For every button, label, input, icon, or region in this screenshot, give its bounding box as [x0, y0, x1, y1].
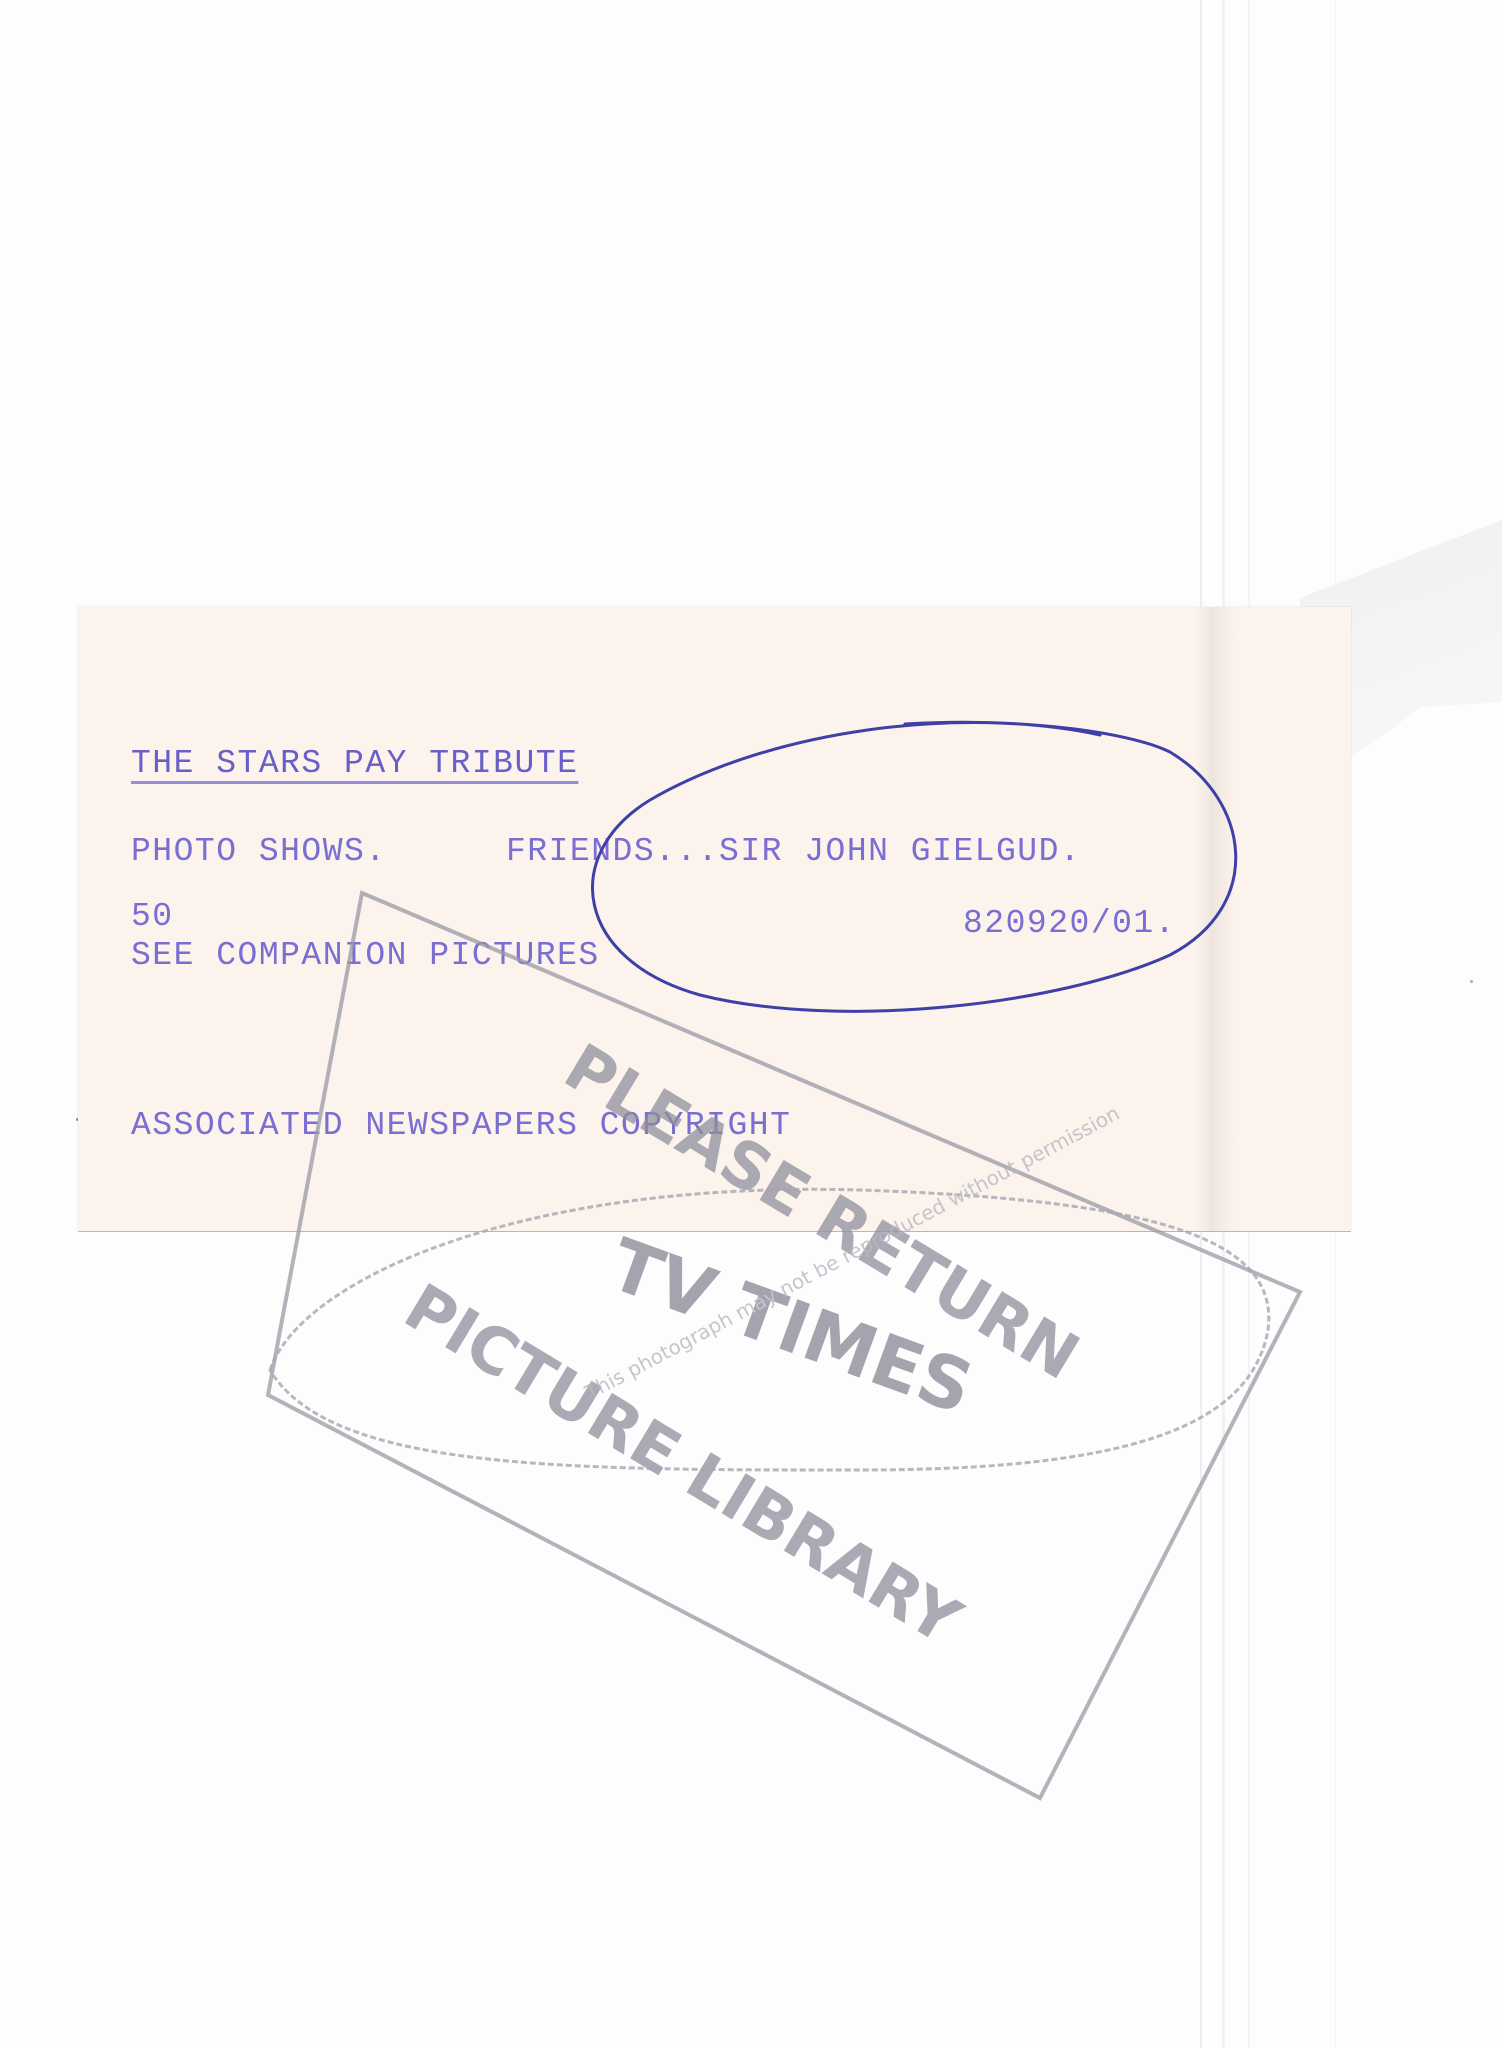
photo-subject: FRIENDS...SIR JOHN GIELGUD.: [506, 835, 1081, 868]
ink-speck: [1470, 980, 1473, 983]
label-fold: [1196, 607, 1236, 1231]
caption-title: THE STARS PAY TRIBUTE: [131, 747, 578, 780]
photo-shows-label: PHOTO SHOWS.: [131, 835, 387, 868]
reference-number: 820920/01.: [963, 907, 1176, 940]
typed-caption-label: THE STARS PAY TRIBUTE PHOTO SHOWS. FRIEN…: [78, 607, 1351, 1231]
count-number: 50: [131, 900, 174, 933]
copyright-line: ASSOCIATED NEWSPAPERS COPYRIGHT: [131, 1109, 791, 1142]
svg-text:PICTURE LIBRARY: PICTURE LIBRARY: [392, 1270, 973, 1660]
photo-back-page: THE STARS PAY TRIBUTE PHOTO SHOWS. FRIEN…: [0, 0, 1502, 2048]
svg-text:TV TIMES: TV TIMES: [599, 1222, 983, 1430]
companion-note: SEE COMPANION PICTURES: [131, 939, 600, 972]
